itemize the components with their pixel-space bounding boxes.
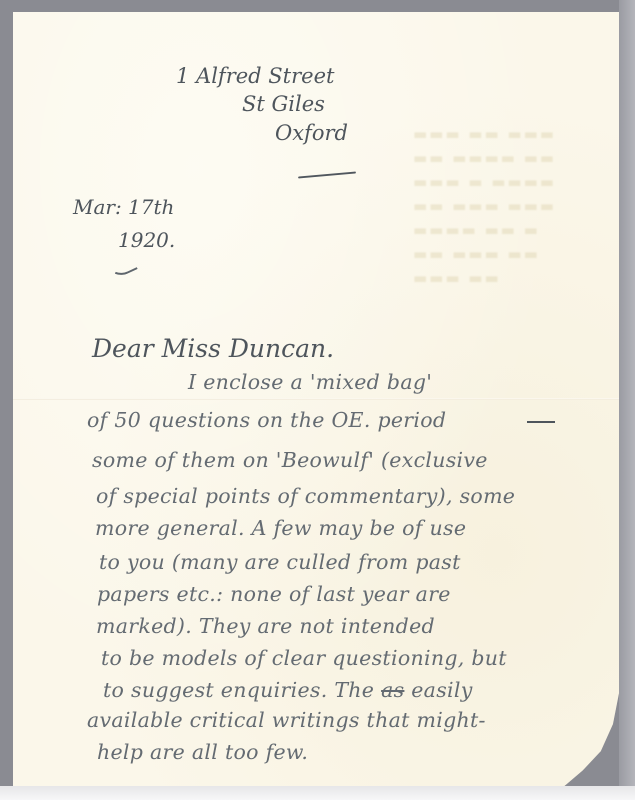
backdrop-right	[619, 0, 635, 786]
dash-mark	[527, 421, 555, 423]
body-line: available critical writings that might-	[87, 708, 486, 732]
body-line: I enclose a 'mixed bag'	[188, 370, 432, 394]
body-line: of special points of commentary), some	[96, 484, 515, 508]
date-day: Mar: 17th	[73, 195, 174, 219]
backdrop-bottom	[0, 786, 635, 800]
fold-crease	[13, 398, 619, 400]
body-line: some of them on 'Beowulf' (exclusive	[92, 448, 488, 472]
body-line: to suggest enquiries. The as easily	[103, 678, 473, 702]
struck-word: as	[381, 678, 404, 702]
address-line-city: Oxford	[275, 121, 348, 145]
body-line: marked). They are not intended	[96, 614, 435, 638]
show-through-text: ▬▬▬ ▬▬ ▬▬▬▬▬ ▬▬▬▬ ▬▬▬▬▬ ▬ ▬▬▬▬▬▬ ▬▬▬ ▬▬▬…	[413, 122, 573, 290]
body-line: help are all too few.	[97, 740, 308, 764]
body-line: more general. A few may be of use	[95, 516, 466, 540]
body-line: to be models of clear questioning, but	[101, 646, 507, 670]
body-line: papers etc.: none of last year are	[97, 582, 451, 606]
body-line-text-after: easily	[411, 678, 472, 702]
address-line-street: 1 Alfred Street	[176, 64, 334, 88]
body-line: of 50 questions on the OE. period	[87, 408, 446, 432]
body-line-text: to suggest enquiries. The	[103, 678, 374, 702]
address-line-district: St Giles	[242, 92, 325, 116]
salutation: Dear Miss Duncan.	[92, 334, 334, 363]
body-line: to you (many are culled from past	[99, 550, 461, 574]
